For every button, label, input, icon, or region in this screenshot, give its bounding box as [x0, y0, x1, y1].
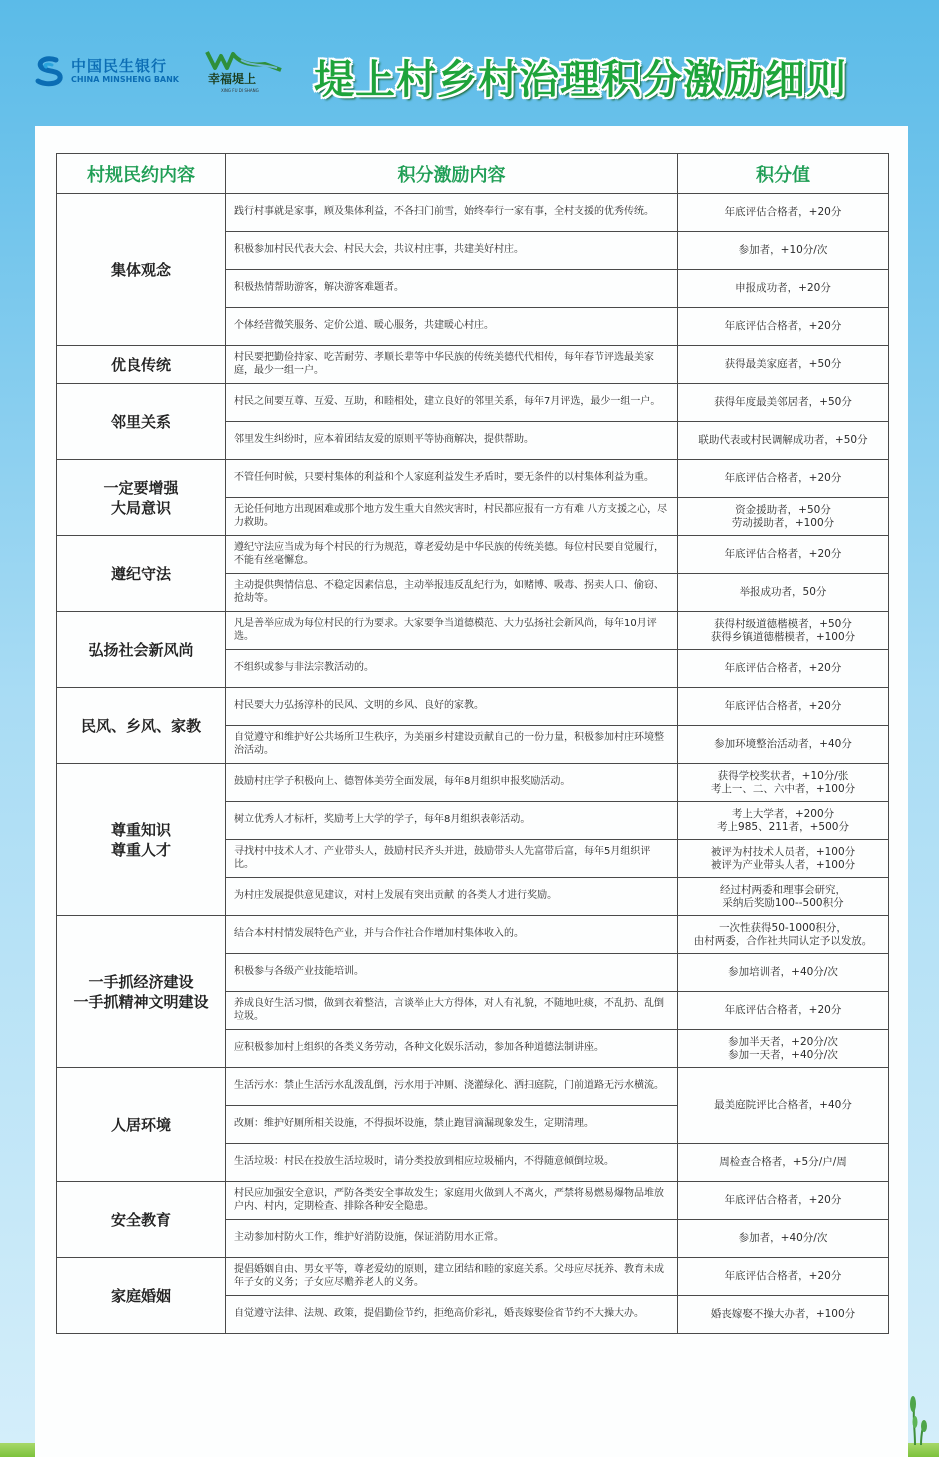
- points-value-cell: 被评为村技术人员者，+100分 被评为产业带头人者，+100分: [678, 840, 889, 878]
- table-row: 民风、乡风、家教村民要大力弘扬淳朴的民风、文明的乡风、良好的家教。年底评估合格者…: [57, 688, 889, 726]
- page-title: 堤上村乡村治理积分激励细则: [314, 48, 847, 105]
- rule-content-cell: 养成良好生活习惯，做到衣着整洁，言谈举止大方得体，对人有礼貌，不随地吐痰，不乱扔…: [226, 992, 678, 1030]
- rule-content-cell: 凡是善举应成为每位村民的行为要求。大家要争当道德模范、大力弘扬社会新风尚，每年1…: [226, 612, 678, 650]
- village-logo: 幸福堤上 XING FU DI SHANG: [205, 48, 285, 96]
- rule-content-cell: 践行村事就是家事，顾及集体利益，不各扫门前雪，始终奉行一家有事，全村支援的优秀传…: [226, 194, 678, 232]
- points-value-cell: 最美庭院评比合格者，+40分: [678, 1068, 889, 1144]
- rule-content-cell: 村民要把勤俭持家、吃苦耐劳、孝顺长辈等中华民族的传统美德代代相传，每年春节评选最…: [226, 346, 678, 384]
- table-row: 遵纪守法遵纪守法应当成为每个村民的行为规范，尊老爱幼是中华民族的传统美德。每位村…: [57, 536, 889, 574]
- rule-content-cell: 生活污水：禁止生活污水乱泼乱倒，污水用于冲厕、浇灌绿化、洒扫庭院，门前道路无污水…: [226, 1068, 678, 1106]
- rule-content-cell: 不管任何时候，只要村集体的利益和个人家庭利益发生矛盾时，要无条件的以村集体利益为…: [226, 460, 678, 498]
- column-header: 积分值: [678, 154, 889, 194]
- rule-content-cell: 鼓励村庄学子积极向上、德智体美劳全面发展，每年8月组织申报奖励活动。: [226, 764, 678, 802]
- bank-name-cn: 中国民生银行: [71, 58, 179, 75]
- points-value-cell: 周检查合格者，+5分/户/周: [678, 1144, 889, 1182]
- rule-content-cell: 自觉遵守和维护好公共场所卫生秩序，为美丽乡村建设贡献自己的一份力量，积极参加村庄…: [226, 726, 678, 764]
- rule-content-cell: 主动提供舆情信息、不稳定因素信息，主动举报违反乱纪行为，如赌博、吸毒、拐卖人口、…: [226, 574, 678, 612]
- points-value-cell: 参加环境整治活动者，+40分: [678, 726, 889, 764]
- points-value-cell: 年底评估合格者，+20分: [678, 1258, 889, 1296]
- grass-decoration: [0, 1443, 35, 1457]
- mountain-river-icon: [205, 48, 283, 72]
- points-value-cell: 考上大学者，+200分 考上985、211者，+500分: [678, 802, 889, 840]
- rule-content-cell: 主动参加村防火工作，维护好消防设施，保证消防用水正常。: [226, 1220, 678, 1258]
- category-cell: 弘扬社会新风尚: [57, 612, 226, 688]
- grass-decoration: [908, 1443, 939, 1457]
- rule-content-cell: 寻找村中技术人才、产业带头人，鼓励村民齐头并进，鼓励带头人先富带后富，每年5月组…: [226, 840, 678, 878]
- rule-content-cell: 个体经营微笑服务、定价公道、暖心服务，共建暖心村庄。: [226, 308, 678, 346]
- rule-content-cell: 为村庄发展提供意见建议，对村上发展有突出贡献 的各类人才进行奖励。: [226, 878, 678, 916]
- category-cell: 尊重知识 尊重人才: [57, 764, 226, 916]
- rule-content-cell: 生活垃圾：村民在投放生活垃圾时，请分类投放到相应垃圾桶内，不得随意倾倒垃圾。: [226, 1144, 678, 1182]
- category-cell: 民风、乡风、家教: [57, 688, 226, 764]
- points-value-cell: 年底评估合格者，+20分: [678, 688, 889, 726]
- bank-logo: 中国民生银行 CHINA MINSHENG BANK: [32, 54, 179, 88]
- rule-content-cell: 遵纪守法应当成为每个村民的行为规范，尊老爱幼是中华民族的传统美德。每位村民要自觉…: [226, 536, 678, 574]
- points-value-cell: 获得村级道德楷模者，+50分 获得乡镇道德楷模者，+100分: [678, 612, 889, 650]
- points-value-cell: 资金援助者，+50分 劳动援助者，+100分: [678, 498, 889, 536]
- table-header-row: 村规民约内容 积分激励内容 积分值: [57, 154, 889, 194]
- rule-content-cell: 应积极参加村上组织的各类义务劳动，各种文化娱乐活动，参加各种道德法制讲座。: [226, 1030, 678, 1068]
- rule-content-cell: 无论任何地方出现困难或那个地方发生重大自然灾害时，村民都应报有一方有难 八方支援…: [226, 498, 678, 536]
- rule-content-cell: 村民之间要互尊、互爱、互助，和睦相处，建立良好的邻里关系，每年7月评选，最少一组…: [226, 384, 678, 422]
- table-row: 安全教育村民应加强安全意识，严防各类安全事故发生；家庭用火做到人不离火，严禁将易…: [57, 1182, 889, 1220]
- points-value-cell: 年底评估合格者，+20分: [678, 308, 889, 346]
- points-value-cell: 申报成功者，+20分: [678, 270, 889, 308]
- table-row: 家庭婚姻提倡婚姻自由、男女平等，尊老爱幼的原则，建立团结和睦的家庭关系。父母应尽…: [57, 1258, 889, 1296]
- table-row: 集体观念践行村事就是家事，顾及集体利益，不各扫门前雪，始终奉行一家有事，全村支援…: [57, 194, 889, 232]
- village-logo-en: XING FU DI SHANG: [221, 88, 259, 93]
- category-cell: 家庭婚姻: [57, 1258, 226, 1334]
- points-value-cell: 获得年度最美邻居者，+50分: [678, 384, 889, 422]
- rules-table: 村规民约内容 积分激励内容 积分值 集体观念践行村事就是家事，顾及集体利益，不各…: [56, 153, 889, 1334]
- table-row: 尊重知识 尊重人才鼓励村庄学子积极向上、德智体美劳全面发展，每年8月组织申报奖励…: [57, 764, 889, 802]
- bank-name-en: CHINA MINSHENG BANK: [71, 75, 179, 85]
- points-value-cell: 获得最美家庭者，+50分: [678, 346, 889, 384]
- rule-content-cell: 积极参加村民代表大会、村民大会，共议村庄事，共建美好村庄。: [226, 232, 678, 270]
- category-cell: 一定要增强 大局意识: [57, 460, 226, 536]
- category-cell: 人居环境: [57, 1068, 226, 1182]
- table-row: 优良传统村民要把勤俭持家、吃苦耐劳、孝顺长辈等中华民族的传统美德代代相传，每年春…: [57, 346, 889, 384]
- points-value-cell: 年底评估合格者，+20分: [678, 650, 889, 688]
- table-row: 邻里关系村民之间要互尊、互爱、互助，和睦相处，建立良好的邻里关系，每年7月评选，…: [57, 384, 889, 422]
- points-value-cell: 获得学校奖状者，+10分/张 考上一、二、六中者，+100分: [678, 764, 889, 802]
- rule-content-cell: 提倡婚姻自由、男女平等，尊老爱幼的原则，建立团结和睦的家庭关系。父母应尽抚养、教…: [226, 1258, 678, 1296]
- points-value-cell: 参加培训者，+40分/次: [678, 954, 889, 992]
- points-value-cell: 参加半天者，+20分/次 参加一天者，+40分/次: [678, 1030, 889, 1068]
- rule-content-cell: 村民应加强安全意识，严防各类安全事故发生；家庭用火做到人不离火，严禁将易燃易爆物…: [226, 1182, 678, 1220]
- points-value-cell: 联助代表或村民调解成功者，+50分: [678, 422, 889, 460]
- category-cell: 优良传统: [57, 346, 226, 384]
- minsheng-bank-logo-icon: [32, 54, 66, 88]
- points-value-cell: 参加者，+40分/次: [678, 1220, 889, 1258]
- rule-content-cell: 村民要大力弘扬淳朴的民风、文明的乡风、良好的家教。: [226, 688, 678, 726]
- table-row: 一定要增强 大局意识不管任何时候，只要村集体的利益和个人家庭利益发生矛盾时，要无…: [57, 460, 889, 498]
- points-value-cell: 婚丧嫁娶不操大办者，+100分: [678, 1296, 889, 1334]
- content-panel: 村规民约内容 积分激励内容 积分值 集体观念践行村事就是家事，顾及集体利益，不各…: [35, 126, 908, 1457]
- rule-content-cell: 树立优秀人才标杆，奖励考上大学的学子，每年8月组织表彰活动。: [226, 802, 678, 840]
- points-value-cell: 年底评估合格者，+20分: [678, 194, 889, 232]
- points-value-cell: 年底评估合格者，+20分: [678, 460, 889, 498]
- table-row: 弘扬社会新风尚凡是善举应成为每位村民的行为要求。大家要争当道德模范、大力弘扬社会…: [57, 612, 889, 650]
- village-logo-cn: 幸福堤上: [208, 70, 256, 87]
- column-header: 村规民约内容: [57, 154, 226, 194]
- category-cell: 安全教育: [57, 1182, 226, 1258]
- category-cell: 邻里关系: [57, 384, 226, 460]
- rule-content-cell: 改厕：维护好厕所相关设施，不得损坏设施，禁止跑冒滴漏现象发生，定期清理。: [226, 1106, 678, 1144]
- poster-header: 中国民生银行 CHINA MINSHENG BANK 幸福堤上 XING FU …: [0, 0, 939, 125]
- points-value-cell: 参加者，+10分/次: [678, 232, 889, 270]
- rule-content-cell: 不组织或参与非法宗教活动的。: [226, 650, 678, 688]
- rule-content-cell: 邻里发生纠纷时，应本着团结友爱的原则平等协商解决，提供帮助。: [226, 422, 678, 460]
- category-cell: 一手抓经济建设 一手抓精神文明建设: [57, 916, 226, 1068]
- rules-table-body: 集体观念践行村事就是家事，顾及集体利益，不各扫门前雪，始终奉行一家有事，全村支援…: [57, 194, 889, 1334]
- column-header: 积分激励内容: [226, 154, 678, 194]
- rule-content-cell: 自觉遵守法律、法规、政策，提倡勤俭节约，拒绝高价彩礼，婚丧嫁娶俭省节约不大操大办…: [226, 1296, 678, 1334]
- points-value-cell: 年底评估合格者，+20分: [678, 992, 889, 1030]
- table-row: 人居环境生活污水：禁止生活污水乱泼乱倒，污水用于冲厕、浇灌绿化、洒扫庭院，门前道…: [57, 1068, 889, 1106]
- table-row: 一手抓经济建设 一手抓精神文明建设结合本村村情发展特色产业，并与合作社合作增加村…: [57, 916, 889, 954]
- rule-content-cell: 结合本村村情发展特色产业，并与合作社合作增加村集体收入的。: [226, 916, 678, 954]
- category-cell: 集体观念: [57, 194, 226, 346]
- points-value-cell: 举报成功者，50分: [678, 574, 889, 612]
- rule-content-cell: 积极热情帮助游客，解决游客难题者。: [226, 270, 678, 308]
- category-cell: 遵纪守法: [57, 536, 226, 612]
- points-value-cell: 年底评估合格者，+20分: [678, 536, 889, 574]
- points-value-cell: 一次性获得50-1000积分， 由村两委，合作社共同认定予以发放。: [678, 916, 889, 954]
- sprout-icon: [909, 1390, 929, 1445]
- points-value-cell: 经过村两委和理事会研究， 采纳后奖励100--500积分: [678, 878, 889, 916]
- points-value-cell: 年底评估合格者，+20分: [678, 1182, 889, 1220]
- rule-content-cell: 积极参与各级产业技能培训。: [226, 954, 678, 992]
